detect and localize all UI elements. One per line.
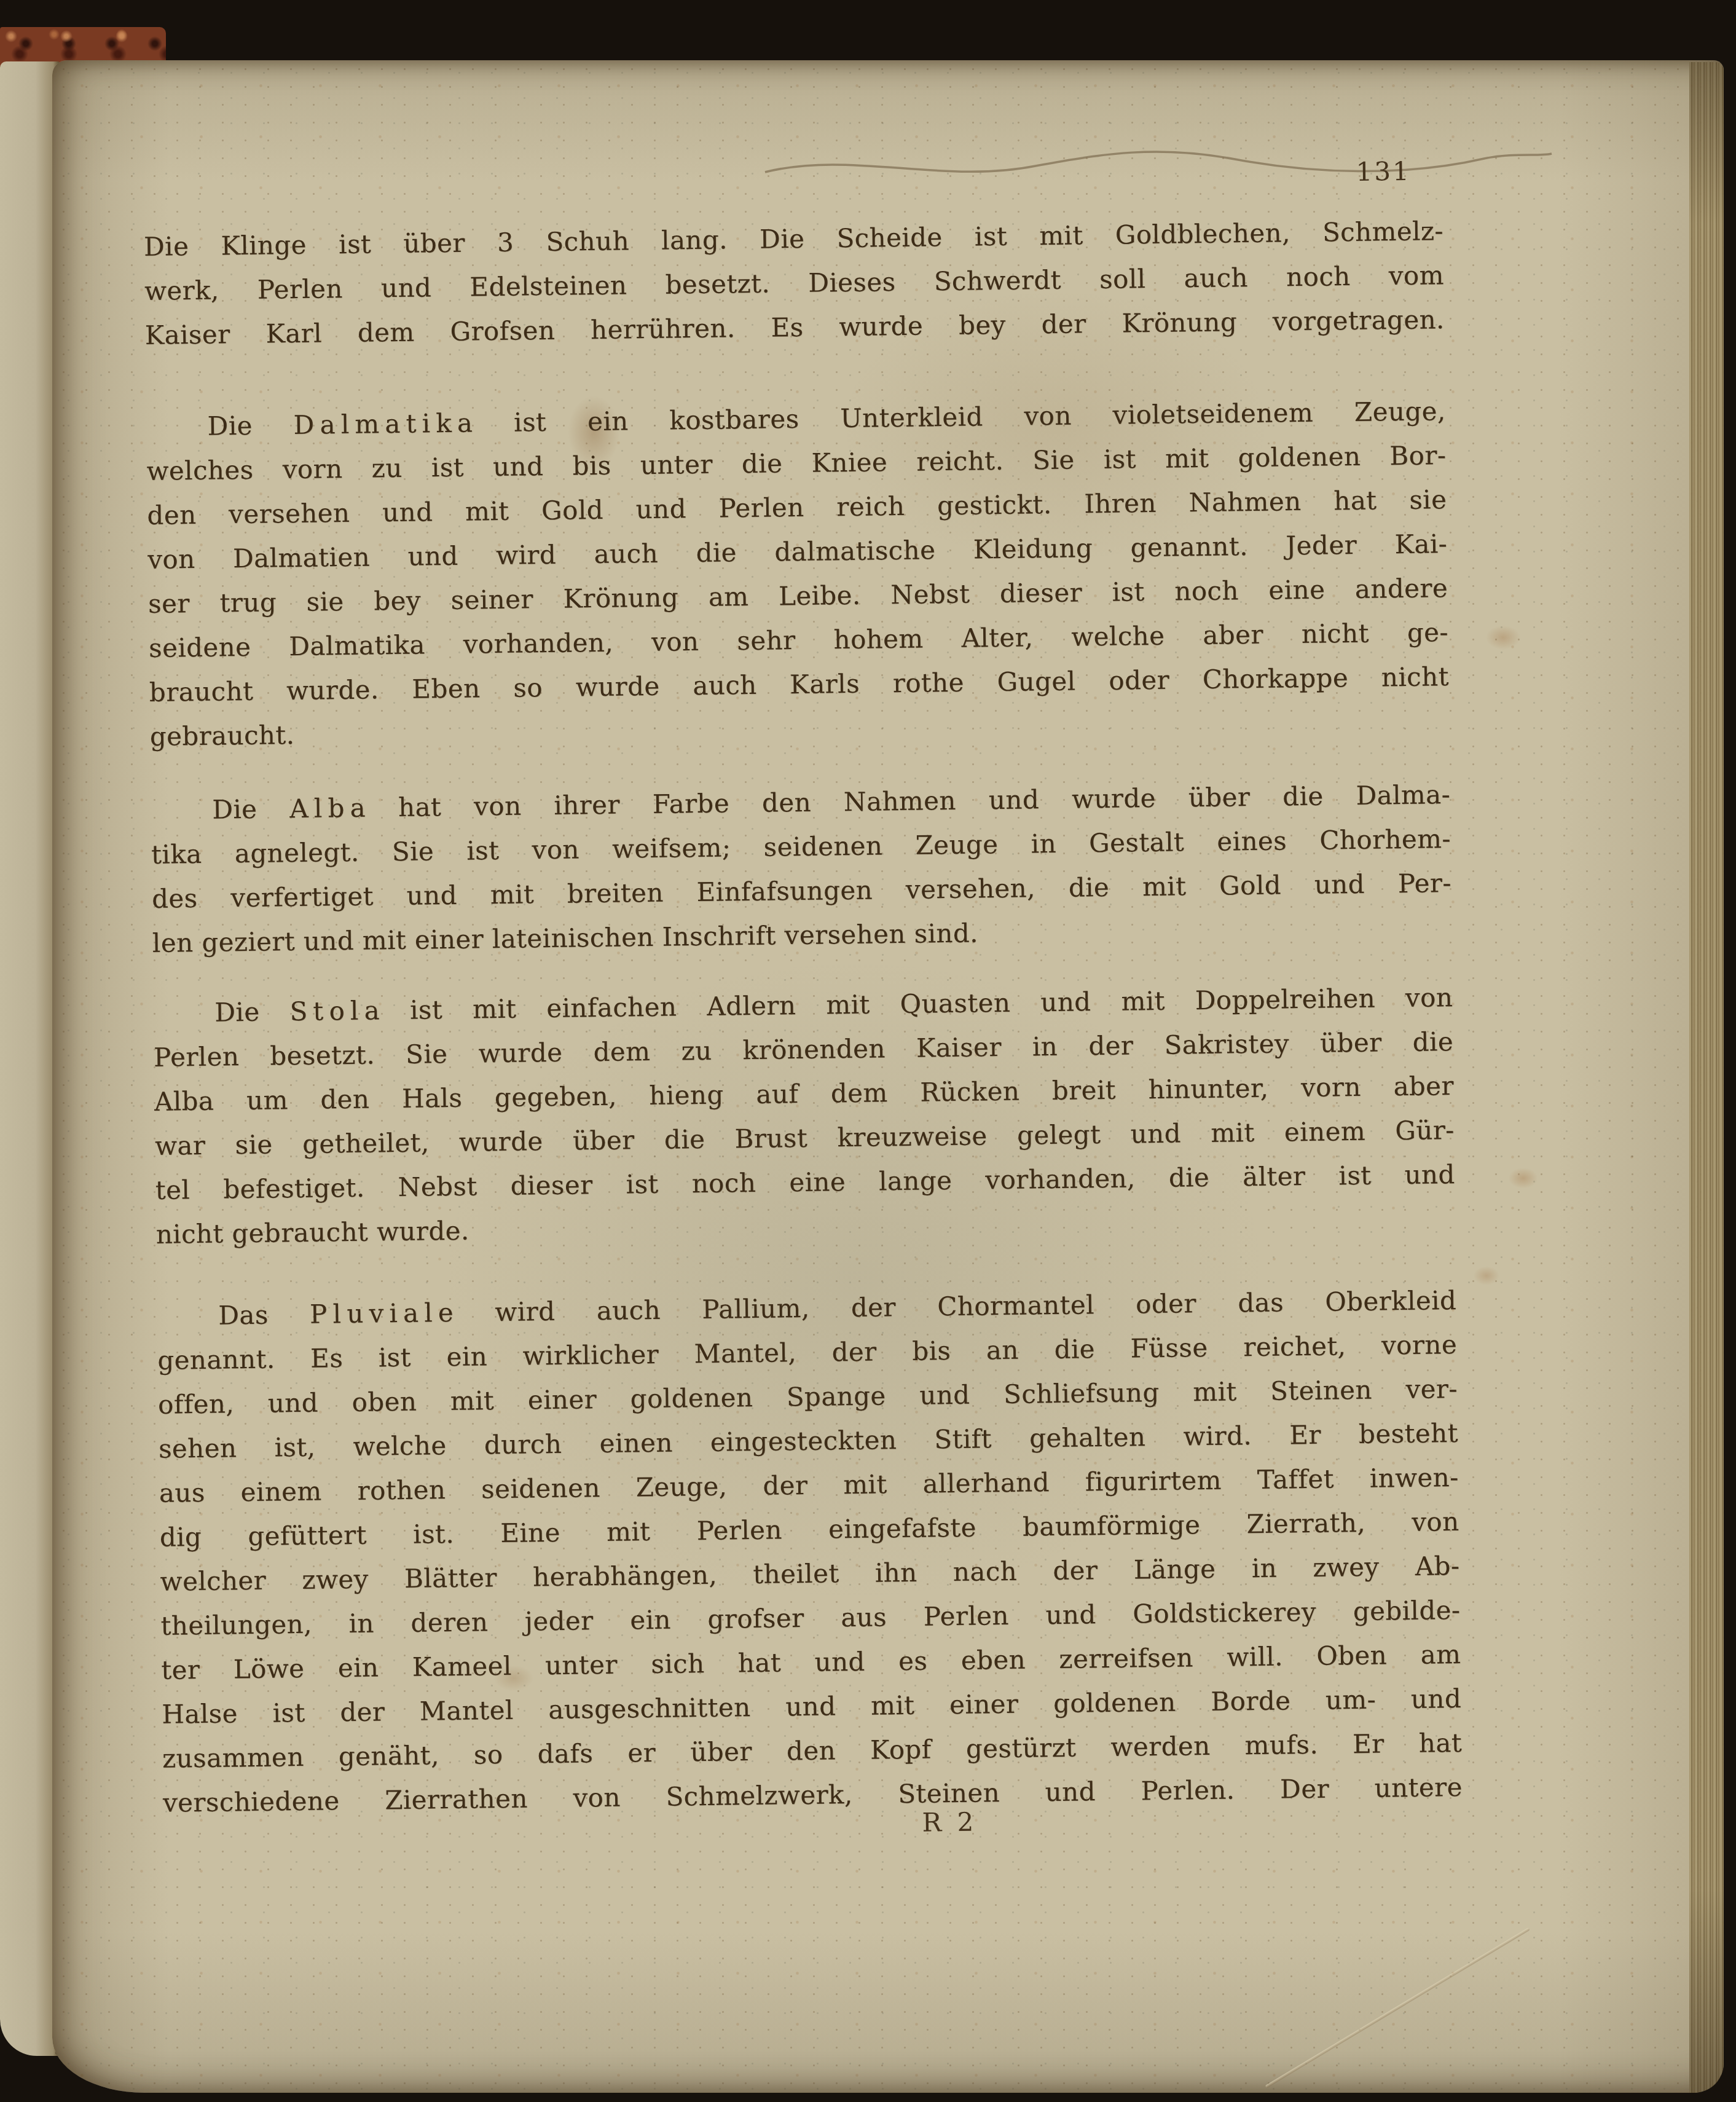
page-edge-stack (1689, 62, 1724, 2093)
signature-mark: R 2 (894, 1806, 1005, 1838)
page-surface: 131 Die Klinge ist über 3 Schuh lang. Di… (52, 60, 1724, 2093)
paragraph-alba: Die A l b a hat von ihrer Farbe den Nahm… (151, 773, 1452, 966)
paragraph-pluviale: Das P l u v i a l e wird auch Pallium, d… (157, 1278, 1463, 1825)
page-number: 131 (1356, 156, 1411, 187)
scanned-book-page: 131 Die Klinge ist über 3 Schuh lang. Di… (0, 0, 1736, 2102)
paragraph-schwert: Die Klinge ist über 3 Schuh lang. Die Sc… (144, 209, 1445, 358)
diagonal-crease (1265, 1927, 1530, 2088)
previous-page-edge (0, 61, 59, 2056)
paragraph-stola: Die S t o l a ist mit einfachen Adlern m… (153, 975, 1456, 1257)
paragraph-dalmatika: Die D a l m a t i k a ist ein kostbares … (146, 389, 1450, 759)
text-block: 131 Die Klinge ist über 3 Schuh lang. Di… (143, 144, 1464, 1943)
